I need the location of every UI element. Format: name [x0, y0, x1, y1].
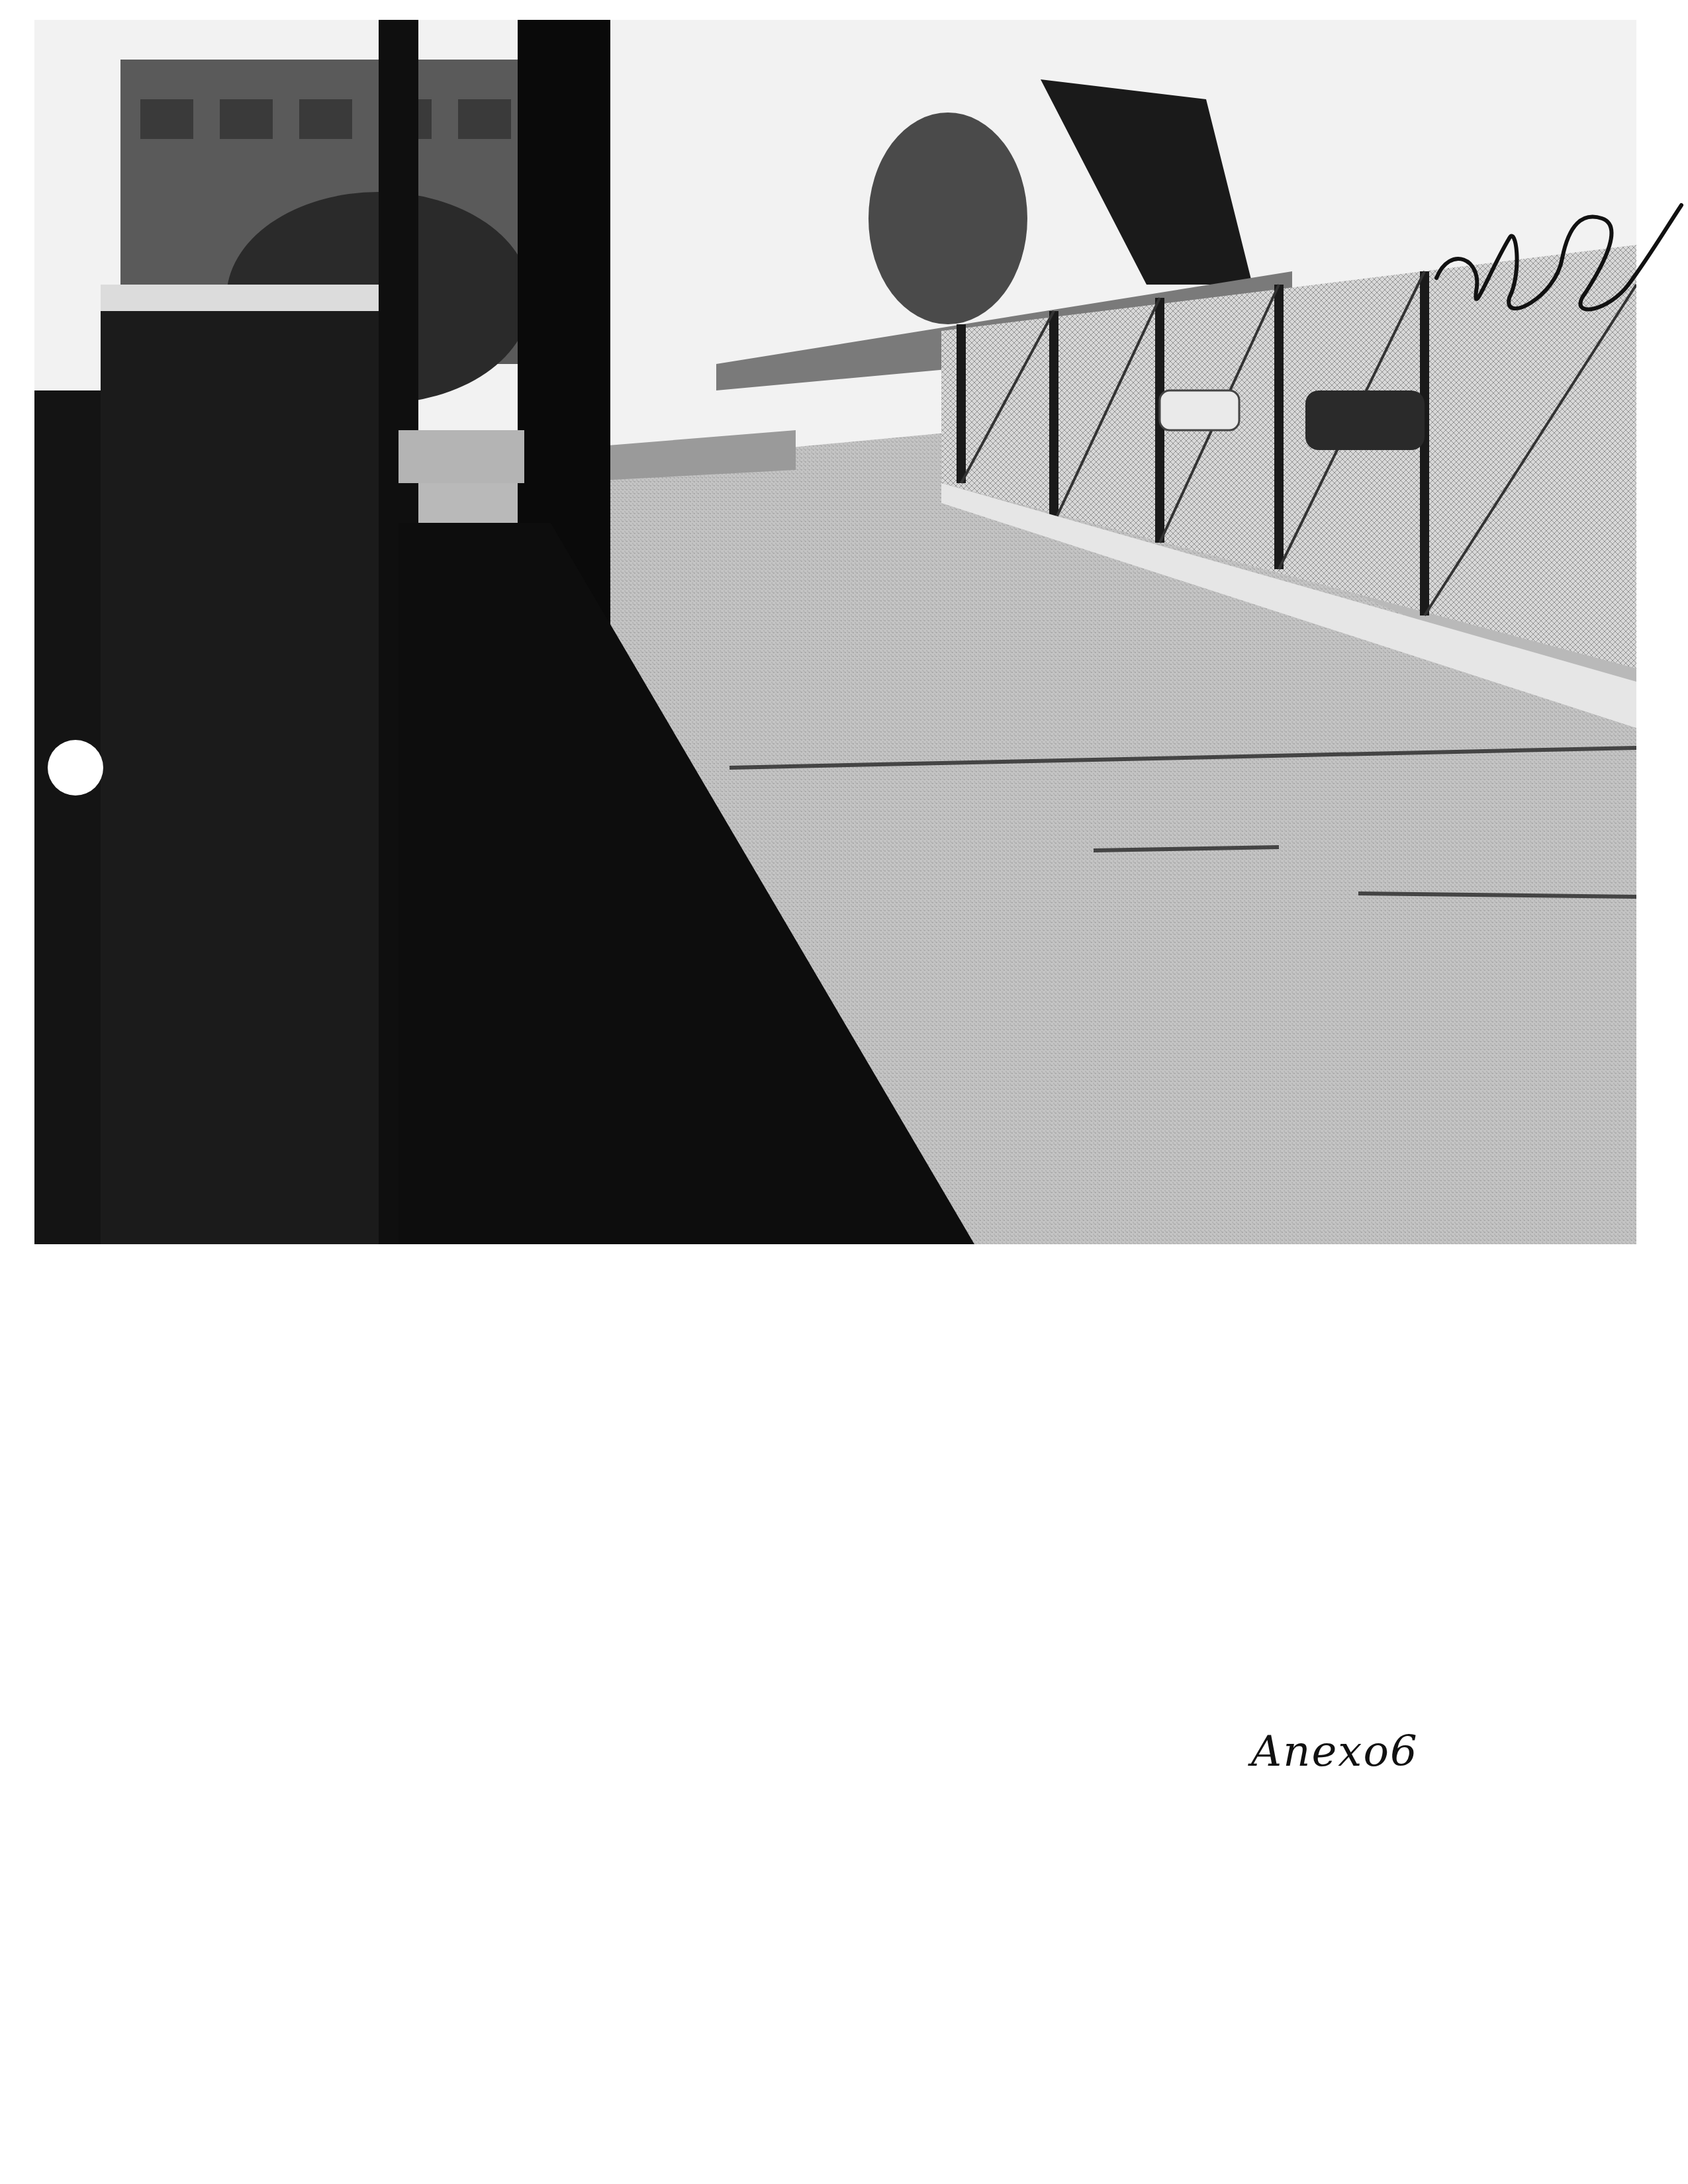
signature-scribble-icon	[1410, 165, 1688, 364]
scanned-photograph: Black-and-white photograph of a concrete…	[34, 20, 1636, 1244]
annex-label: Anexo6	[1251, 1727, 1419, 1776]
street-scene-image	[34, 20, 1636, 1244]
punch-hole	[48, 740, 103, 796]
handwritten-signature: signature	[1410, 165, 1688, 364]
